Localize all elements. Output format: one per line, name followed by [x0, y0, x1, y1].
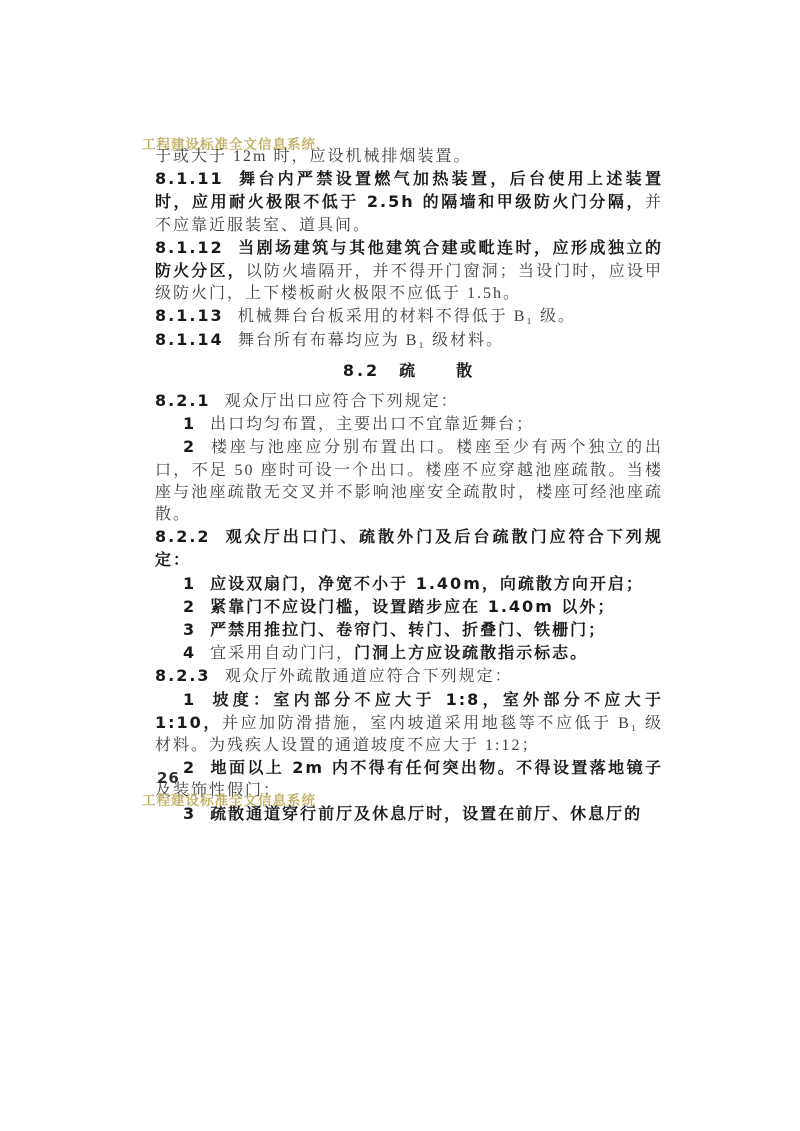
clause-number: 3 — [183, 620, 196, 639]
clause-paragraph: 8.2.1观众厅出口应符合下列规定： — [155, 390, 663, 413]
text-segment: 严禁用推拉门、卷帘门、转门、折叠门、铁栅门； — [210, 620, 606, 639]
document-body: 于或大于 12m 时，应设机械排烟装置。8.1.11舞台内严禁设置燃气加热装置，… — [155, 146, 663, 826]
list-item: 2楼座与池座应分别布置出口。楼座至少有两个独立的出口，不足 50 座时可设一个出… — [155, 436, 663, 526]
clause-paragraph: 8.1.12当剧场建筑与其他建筑合建或毗连时，应形成独立的防火分区，以防火墙隔开… — [155, 237, 663, 306]
text-segment: 观众厅出口门、疏散外门及后台疏散门应符合下列规定： — [155, 527, 663, 569]
clause-number: 2 — [183, 437, 196, 456]
clause-number: 8.2.3 — [155, 666, 211, 685]
clause-number: 1 — [183, 690, 196, 709]
text-segment: 观众厅外疏散通道应符合下列规定： — [225, 668, 513, 685]
text-segment: 出口均匀布置，主要出口不宜靠近舞台； — [210, 416, 534, 433]
clause-number: 8.1.14 — [155, 330, 224, 349]
clause-number: 8.1.13 — [155, 306, 224, 325]
clause-paragraph: 8.1.11舞台内严禁设置燃气加热装置，后台使用上述装置时，应用耐火极限不低于 … — [155, 168, 663, 237]
list-item: 1应设双扇门，净宽不小于 1.40m，向疏散方向开启； — [155, 573, 663, 596]
clause-paragraph: 于或大于 12m 时，应设机械排烟装置。 — [155, 146, 663, 168]
text-segment: 并应加防滑措施，室内坡道采用地毯等不应低于 B₁ 级材料。为残疾人设置的通道坡度… — [155, 715, 663, 754]
text-segment: 舞台所有布幕均应为 B₁ 级材料。 — [238, 332, 504, 349]
clause-number: 1 — [183, 414, 196, 433]
footer-watermark: 工程建设标准全文信息系统 — [142, 789, 316, 809]
clause-number: 1 — [183, 574, 196, 593]
text-segment: 机械舞台台板采用的材料不得低于 B₁ 级。 — [238, 308, 576, 325]
clause-number: 8.2.1 — [155, 391, 211, 410]
page-number: 26 — [157, 769, 180, 787]
clause-number: 2 — [183, 758, 196, 777]
text-segment: 舞台内严禁设置燃气加热装置，后台使用上述装置时，应用耐火极限不低于 2.5h 的… — [155, 169, 663, 211]
list-item: 1出口均匀布置，主要出口不宜靠近舞台； — [155, 413, 663, 436]
list-item: 1坡度：室内部分不应大于 1:8，室外部分不应大于 1:10，并应加防滑措施，室… — [155, 689, 663, 758]
text-segment: 观众厅出口应符合下列规定： — [225, 393, 459, 410]
text-segment: 宜采用自动门闩， — [210, 645, 354, 662]
clause-paragraph: 8.2.2观众厅出口门、疏散外门及后台疏散门应符合下列规定： — [155, 526, 663, 572]
section-heading: 8.2 疏 散 — [155, 360, 663, 382]
clause-number: 8.2.2 — [155, 527, 211, 546]
text-segment: 门洞上方应设疏散指示标志。 — [354, 643, 588, 662]
clause-number: 8.1.11 — [155, 169, 224, 188]
list-item: 2紧靠门不应设门槛，设置踏步应在 1.40m 以外； — [155, 596, 663, 619]
clause-paragraph: 8.2.3观众厅外疏散通道应符合下列规定： — [155, 665, 663, 688]
text-segment: 地面以上 2m 内不得有任何突出物。不得设置落地镜子 — [210, 758, 663, 777]
text-segment: 紧靠门不应设门槛，设置踏步应在 1.40m 以外； — [210, 597, 615, 616]
clause-paragraph: 8.1.13机械舞台台板采用的材料不得低于 B₁ 级。 — [155, 305, 663, 328]
document-page: 工程建设标准全文信息系统 于或大于 12m 时，应设机械排烟装置。8.1.11舞… — [0, 0, 800, 1131]
text-segment: 于或大于 12m 时，应设机械排烟装置。 — [155, 148, 471, 165]
clause-number: 2 — [183, 597, 196, 616]
clause-number: 4 — [183, 643, 196, 662]
list-item: 4宜采用自动门闩，门洞上方应设疏散指示标志。 — [155, 642, 663, 665]
text-segment: 楼座与池座应分别布置出口。楼座至少有两个独立的出口，不足 50 座时可设一个出口… — [155, 439, 663, 523]
text-segment: 应设双扇门，净宽不小于 1.40m，向疏散方向开启； — [210, 574, 644, 593]
list-item: 3严禁用推拉门、卷帘门、转门、折叠门、铁栅门； — [155, 619, 663, 642]
clause-number: 8.1.12 — [155, 238, 224, 257]
clause-paragraph: 8.1.14舞台所有布幕均应为 B₁ 级材料。 — [155, 329, 663, 352]
